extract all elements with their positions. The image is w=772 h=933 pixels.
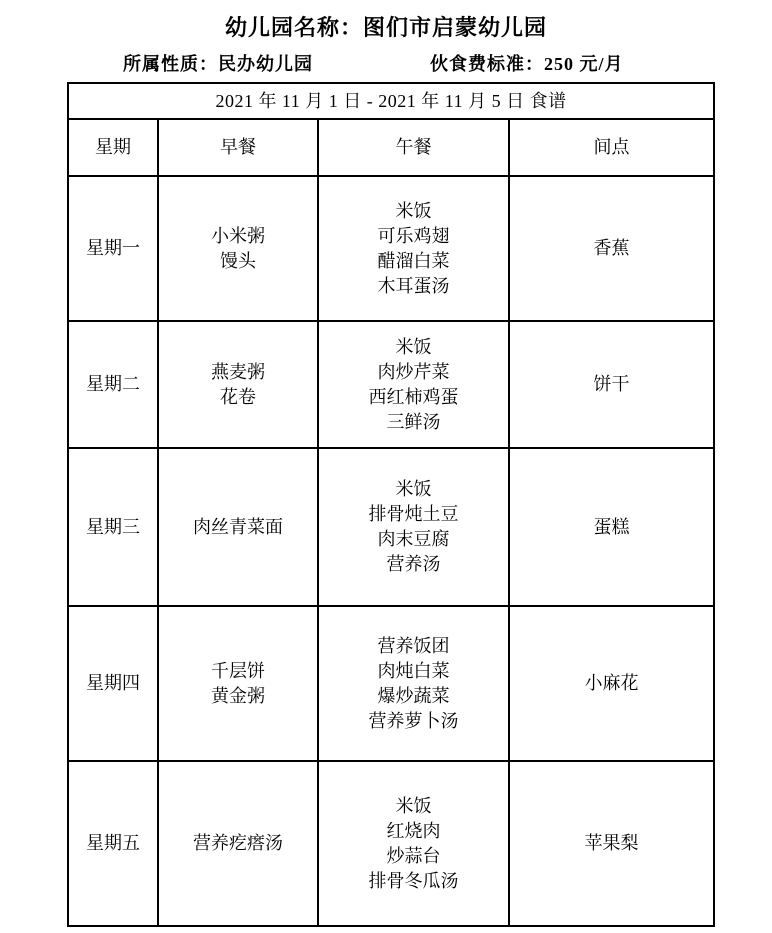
column-header-snack: 间点 (509, 119, 714, 176)
lunch-cell: 米饭 可乐鸡翅 醋溜白菜 木耳蛋汤 (318, 176, 509, 321)
table-caption-row: 2021 年 11 月 1 日 - 2021 年 11 月 5 日 食谱 (68, 83, 714, 119)
day-cell: 星期四 (68, 606, 158, 761)
day-cell: 星期二 (68, 321, 158, 448)
fee-label: 伙食费标准：250 元/月 (430, 50, 624, 76)
lunch-cell: 米饭 排骨炖土豆 肉末豆腐 营养汤 (318, 448, 509, 606)
column-header-lunch: 午餐 (318, 119, 509, 176)
menu-table: 2021 年 11 月 1 日 - 2021 年 11 月 5 日 食谱 星期 … (67, 82, 715, 927)
snack-cell: 香蕉 (509, 176, 714, 321)
breakfast-cell: 燕麦粥 花卷 (158, 321, 318, 448)
snack-cell: 饼干 (509, 321, 714, 448)
column-header-breakfast: 早餐 (158, 119, 318, 176)
lunch-cell: 米饭 红烧肉 炒蒜台 排骨冬瓜汤 (318, 761, 509, 926)
table-row: 星期四 千层饼 黄金粥 营养饭团 肉炖白菜 爆炒蔬菜 营养萝卜汤 小麻花 (68, 606, 714, 761)
snack-cell: 小麻花 (509, 606, 714, 761)
lunch-cell: 米饭 肉炒芹菜 西红柿鸡蛋 三鲜汤 (318, 321, 509, 448)
lunch-cell: 营养饭团 肉炖白菜 爆炒蔬菜 营养萝卜汤 (318, 606, 509, 761)
day-cell: 星期一 (68, 176, 158, 321)
table-row: 星期三 肉丝青菜面 米饭 排骨炖土豆 肉末豆腐 营养汤 蛋糕 (68, 448, 714, 606)
table-row: 星期二 燕麦粥 花卷 米饭 肉炒芹菜 西红柿鸡蛋 三鲜汤 饼干 (68, 321, 714, 448)
table-header-row: 星期 早餐 午餐 间点 (68, 119, 714, 176)
breakfast-cell: 肉丝青菜面 (158, 448, 318, 606)
snack-cell: 苹果梨 (509, 761, 714, 926)
table-row: 星期一 小米粥 馒头 米饭 可乐鸡翅 醋溜白菜 木耳蛋汤 香蕉 (68, 176, 714, 321)
breakfast-cell: 千层饼 黄金粥 (158, 606, 318, 761)
column-header-day: 星期 (68, 119, 158, 176)
snack-cell: 蛋糕 (509, 448, 714, 606)
breakfast-cell: 营养疙瘩汤 (158, 761, 318, 926)
breakfast-cell: 小米粥 馒头 (158, 176, 318, 321)
day-cell: 星期五 (68, 761, 158, 926)
day-cell: 星期三 (68, 448, 158, 606)
page-title: 幼儿园名称：图们市启蒙幼儿园 (0, 11, 772, 42)
nature-label: 所属性质：民办幼儿园 (123, 50, 313, 76)
table-row: 星期五 营养疙瘩汤 米饭 红烧肉 炒蒜台 排骨冬瓜汤 苹果梨 (68, 761, 714, 926)
table-caption: 2021 年 11 月 1 日 - 2021 年 11 月 5 日 食谱 (68, 83, 714, 119)
